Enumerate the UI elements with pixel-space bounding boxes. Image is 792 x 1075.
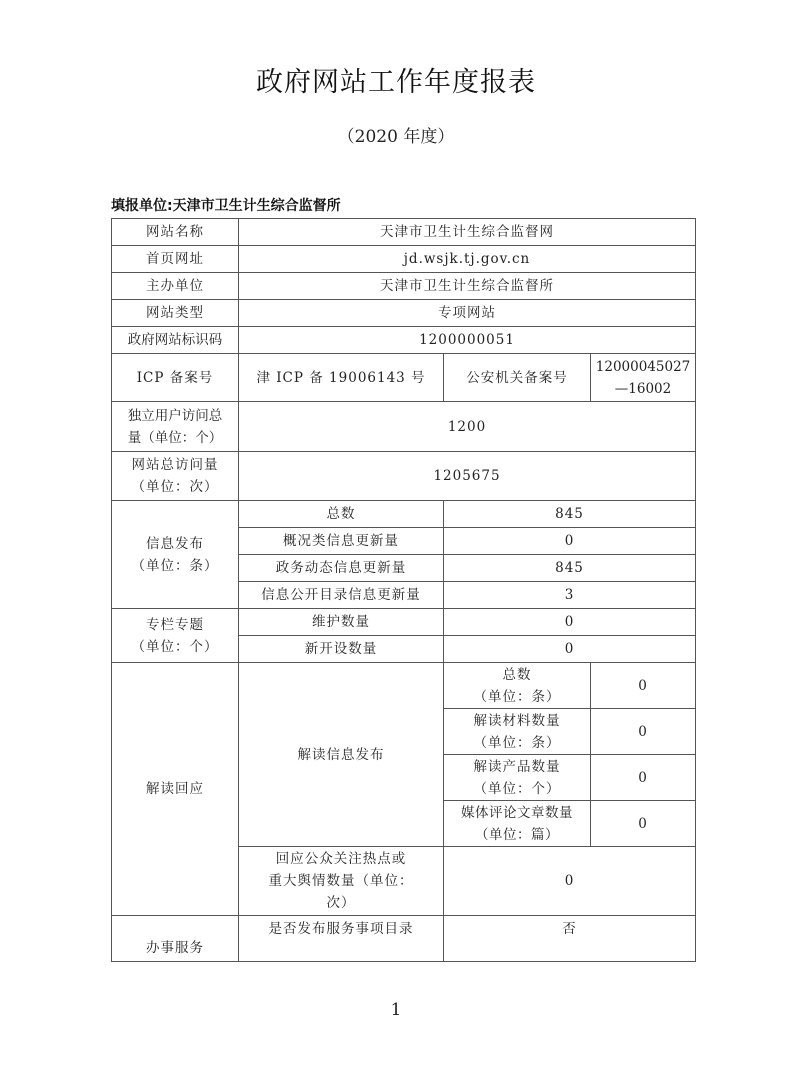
table-row: 信息发布 （单位：条） 总数 845 [112,501,696,528]
columns-item-value: 0 [444,636,696,663]
interpretation-item-label: 媒体评论文章数量 （单位：篇） [444,801,591,847]
interpretation-item-label: 解读材料数量 （单位：条） [444,709,591,755]
table-row: 首页网址 jd.wsjk.tj.gov.cn [112,246,696,273]
table-row: 网站名称 天津市卫生计生综合监督网 [112,219,696,246]
interpretation-item-label-line-1: 解读产品数量 [446,756,588,778]
unique-visitors-label-line-2: 量（单位：个） [114,427,236,449]
columns-label: 专栏专题 （单位：个） [112,609,239,663]
site-id-label: 政府网站标识码 [112,327,239,354]
services-item-label: 是否发布服务事项目录 [239,916,444,962]
interpretation-item-value: 0 [591,801,696,847]
interpretation-item-label-line-1: 媒体评论文章数量 [446,802,588,824]
reporting-unit: 填报单位:天津市卫生计生综合监督所 [111,195,341,215]
table-row: 政府网站标识码 1200000051 [112,327,696,354]
interpretation-item-value: 0 [591,709,696,755]
site-name-value: 天津市卫生计生综合监督网 [239,219,696,246]
response-label-line-2: 重大舆情数量（单位： [241,870,441,892]
site-type-label: 网站类型 [112,300,239,327]
table-row: 独立用户访问总 量（单位：个） 1200 [112,402,696,452]
table-row: 网站类型 专项网站 [112,300,696,327]
info-release-label-line-2: （单位：条） [114,555,236,577]
page-title: 政府网站工作年度报表 [0,60,792,99]
site-type-value: 专项网站 [239,300,696,327]
interpretation-item-label: 解读产品数量 （单位：个） [444,755,591,801]
homepage-url-value: jd.wsjk.tj.gov.cn [239,246,696,273]
response-label-line-3: 次） [241,892,441,914]
police-record-line-1: 12000045027 [593,356,693,378]
info-release-label-line-1: 信息发布 [114,533,236,555]
icp-value: 津 ICP 备 19006143 号 [239,354,444,402]
info-release-item-value: 0 [444,528,696,555]
interpretation-item-value: 0 [591,755,696,801]
interpretation-item-label-line-1: 总数 [446,664,588,686]
homepage-url-label: 首页网址 [112,246,239,273]
interpretation-item-label-line-1: 解读材料数量 [446,710,588,732]
report-year: （2020 年度） [0,122,792,147]
interpretation-item-label: 总数 （单位：条） [444,663,591,709]
report-table: 网站名称 天津市卫生计生综合监督网 首页网址 jd.wsjk.tj.gov.cn… [111,218,696,962]
page-number: 1 [0,1000,792,1020]
interpretation-item-label-line-2: （单位：篇） [446,824,588,846]
icp-label: ICP 备案号 [112,354,239,402]
table-row: 主办单位 天津市卫生计生综合监督所 [112,273,696,300]
table-row: 网站总访问量 （单位：次） 1205675 [112,452,696,501]
police-record-label: 公安机关备案号 [444,354,591,402]
info-release-item-label: 总数 [239,501,444,528]
sponsor-label: 主办单位 [112,273,239,300]
interpretation-sub-label: 解读信息发布 [239,663,444,847]
services-label: 办事服务 [112,916,239,962]
unique-visitors-label-line-1: 独立用户访问总 [114,405,236,427]
unique-visitors-label: 独立用户访问总 量（单位：个） [112,402,239,452]
columns-item-value: 0 [444,609,696,636]
police-record-line-2: —16002 [593,378,693,400]
table-row: ICP 备案号 津 ICP 备 19006143 号 公安机关备案号 12000… [112,354,696,402]
info-release-label: 信息发布 （单位：条） [112,501,239,609]
unique-visitors-value: 1200 [239,402,696,452]
info-release-item-label: 概况类信息更新量 [239,528,444,555]
sponsor-value: 天津市卫生计生综合监督所 [239,273,696,300]
interpretation-label: 解读回应 [112,663,239,916]
police-record-value: 12000045027 —16002 [591,354,696,402]
services-item-value: 否 [444,916,696,962]
columns-item-label: 维护数量 [239,609,444,636]
interpretation-item-label-line-2: （单位：个） [446,778,588,800]
info-release-item-label: 信息公开目录信息更新量 [239,582,444,609]
info-release-item-value: 845 [444,501,696,528]
info-release-item-label: 政务动态信息更新量 [239,555,444,582]
response-label: 回应公众关注热点或 重大舆情数量（单位： 次） [239,847,444,916]
total-visits-label-line-2: （单位：次） [114,476,236,498]
columns-item-label: 新开设数量 [239,636,444,663]
response-value: 0 [444,847,696,916]
response-label-line-1: 回应公众关注热点或 [241,848,441,870]
table-row: 解读回应 解读信息发布 总数 （单位：条） 0 [112,663,696,709]
interpretation-item-label-line-2: （单位：条） [446,732,588,754]
site-name-label: 网站名称 [112,219,239,246]
table-row: 办事服务 是否发布服务事项目录 否 [112,916,696,962]
info-release-item-value: 845 [444,555,696,582]
table-row: 专栏专题 （单位：个） 维护数量 0 [112,609,696,636]
total-visits-value: 1205675 [239,452,696,501]
site-id-value: 1200000051 [239,327,696,354]
info-release-item-value: 3 [444,582,696,609]
total-visits-label-line-1: 网站总访问量 [114,454,236,476]
interpretation-item-label-line-2: （单位：条） [446,686,588,708]
columns-label-line-1: 专栏专题 [114,614,236,636]
columns-label-line-2: （单位：个） [114,636,236,658]
total-visits-label: 网站总访问量 （单位：次） [112,452,239,501]
interpretation-item-value: 0 [591,663,696,709]
